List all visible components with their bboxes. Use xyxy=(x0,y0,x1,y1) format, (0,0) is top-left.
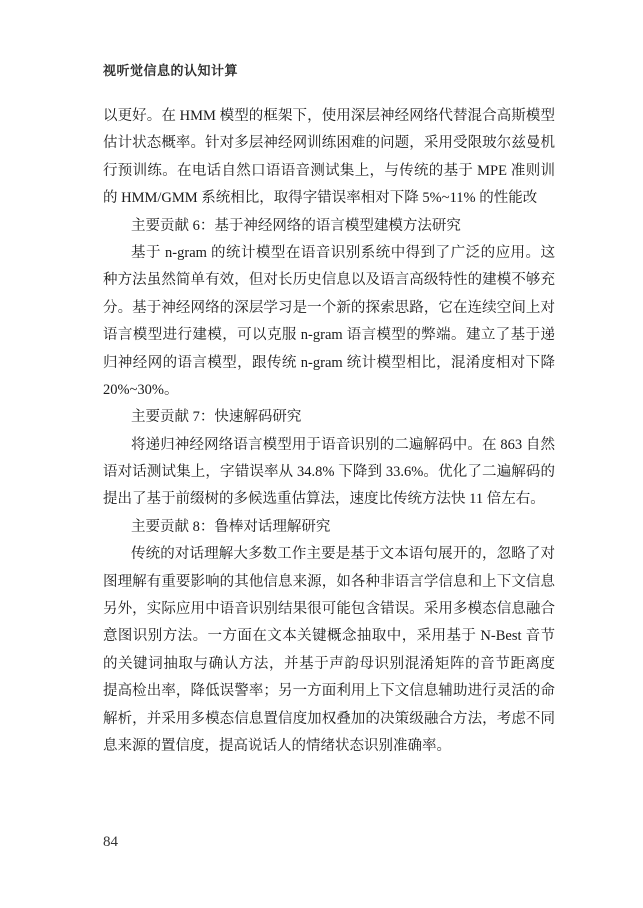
text-line: 图理解有重要影响的其他信息来源，如各种非语言学信息和上下文信息等。 xyxy=(103,569,555,596)
text-line: 以更好。在 HMM 模型的框架下，使用深层神经网络代替混合高斯模型来 xyxy=(103,103,555,130)
document-page: 视听觉信息的认知计算 以更好。在 HMM 模型的框架下，使用深层神经网络代替混合… xyxy=(0,0,643,908)
text-line: 提出了基于前缀树的多候选重估算法，速度比传统方法快 11 倍左右。 xyxy=(103,486,555,513)
text-line: 的关键词抽取与确认方法，并基于声韵母识别混淆矩阵的音节距离度量， xyxy=(103,651,555,678)
text-line: 分。基于神经网络的深层学习是一个新的探索思路，它在连续空间上对 xyxy=(103,295,555,322)
contribution-heading: 主要贡献 8：鲁棒对话理解研究 xyxy=(103,514,555,541)
text-line: 行预训练。在电话自然口语语音测试集上，与传统的基于 MPE 准则训练 xyxy=(103,158,555,185)
text-line: 意图识别方法。一方面在文本关键概念抽取中，采用基于 N-Best 音节格 xyxy=(103,623,555,650)
contribution-heading: 主要贡献 6：基于神经网络的语言模型建模方法研究 xyxy=(103,213,555,240)
text-line: 语言模型进行建模，可以克服 n-gram 语言模型的弊端。建立了基于递 xyxy=(103,322,555,349)
text-line: 估计状态概率。针对多层神经网训练困难的问题，采用受限玻尔兹曼机进 xyxy=(103,130,555,157)
body-text: 以更好。在 HMM 模型的框架下，使用深层神经网络代替混合高斯模型来 估计状态概… xyxy=(103,103,555,760)
text-line: 另外，实际应用中语音识别结果很可能包含错误。采用多模态信息融合的 xyxy=(103,596,555,623)
text-line: 语对话测试集上，字错误率从 34.8% 下降到 33.6%。优化了二遍解码的速度… xyxy=(103,459,555,486)
contribution-heading: 主要贡献 7：快速解码研究 xyxy=(103,404,555,431)
text-line: 传统的对话理解大多数工作主要是基于文本语句展开的，忽略了对意 xyxy=(103,541,555,568)
text-line: 种方法虽然简单有效，但对长历史信息以及语言高级特性的建模不够充 xyxy=(103,267,555,294)
text-line: 基于 n-gram 的统计模型在语音识别系统中得到了广泛的应用。这 xyxy=(103,240,555,267)
running-header: 视听觉信息的认知计算 xyxy=(103,60,238,79)
text-line: 20%~30%。 xyxy=(103,377,555,404)
text-line: 将递归神经网络语言模型用于语音识别的二遍解码中。在 863 自然口 xyxy=(103,432,555,459)
text-line: 的 HMM/GMM 系统相比，取得字错误率相对下降 5%~11% 的性能改善。 xyxy=(103,185,555,212)
text-line: 提高检出率，降低误警率；另一方面利用上下文信息辅助进行灵活的命令 xyxy=(103,678,555,705)
text-line: 息来源的置信度，提高说话人的情绪状态识别准确率。 xyxy=(103,733,555,760)
page-number: 84 xyxy=(103,834,118,851)
text-line: 归神经网的语言模型，跟传统 n-gram 统计模型相比，混淆度相对下降了 xyxy=(103,350,555,377)
text-line: 解析，并采用多模态信息置信度加权叠加的决策级融合方法，考虑不同信 xyxy=(103,706,555,733)
